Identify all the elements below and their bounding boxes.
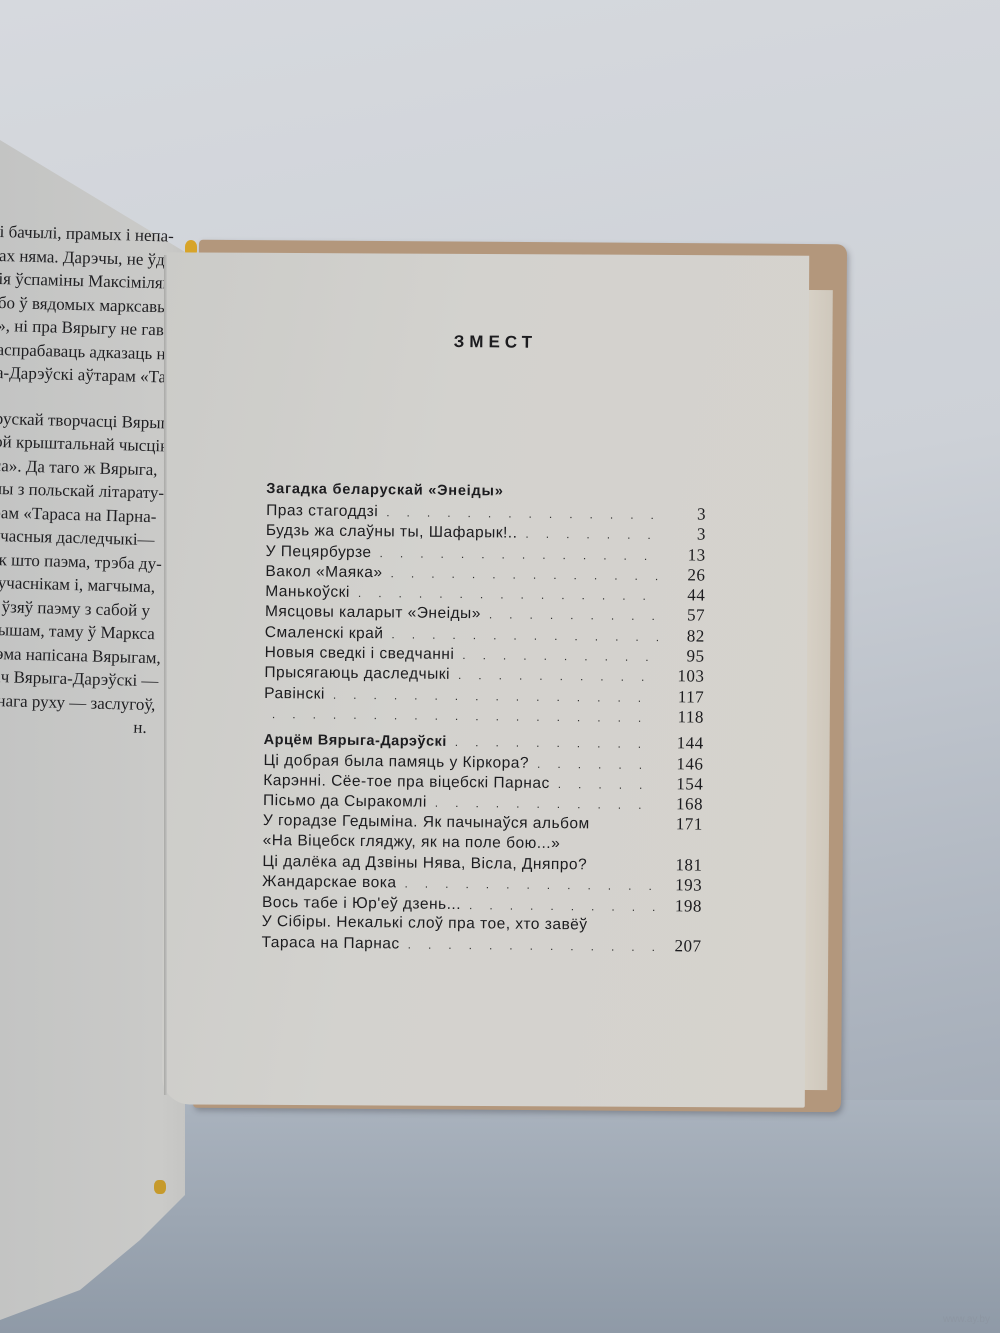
toc-entry-page: 198 xyxy=(664,896,702,917)
watermark: www.ay.by xyxy=(943,1314,990,1325)
dot-leader: .......................... xyxy=(558,774,658,795)
dot-leader: .......................... xyxy=(386,502,660,525)
dot-leader: .......................... xyxy=(537,753,658,775)
toc-entry-page: 168 xyxy=(665,794,703,815)
toc-entry-title: Праз стагоддзі xyxy=(266,501,378,522)
text-line: а-Дарэўскі аўтарам «Та- xyxy=(0,361,186,389)
dot-leader xyxy=(568,848,656,849)
toc-entry-title: Вакол «Маяка» xyxy=(265,562,382,584)
dot-leader: .......................... xyxy=(408,935,656,958)
toc-entry-page: 144 xyxy=(666,733,704,754)
toc-entry-page: 3 xyxy=(668,504,706,525)
toc-entry-page: 3 xyxy=(668,524,706,545)
toc-entry-page: 181 xyxy=(664,855,702,876)
book-gutter xyxy=(164,255,167,1095)
left-page-text: і бачылі, прамых і непа- ах няма. Дарэчы… xyxy=(0,220,190,740)
toc-entry: Тараса на Парнас .......................… xyxy=(261,932,701,957)
dot-leader: .......................... xyxy=(391,624,659,647)
dot-leader: .......................... xyxy=(525,524,660,546)
toc-entry-title: Прысягаюць даследчыкі xyxy=(264,663,450,685)
toc-entry-title: Мясцовы каларыт «Энеіды» xyxy=(265,602,481,625)
toc-entry-page: 13 xyxy=(668,545,706,566)
dot-leader: .......................... xyxy=(435,793,657,816)
toc-title: ЗМЕСТ xyxy=(283,330,708,354)
toc-entry-title: У Пецярбурзе xyxy=(266,542,372,563)
table-of-contents: ЗМЕСТ Загадка беларускай «Энеіды» Праз с… xyxy=(261,330,707,957)
spine-headband-bottom xyxy=(154,1180,166,1194)
toc-entry-page: 44 xyxy=(667,585,705,606)
toc-entry-page: 95 xyxy=(666,646,704,667)
toc-entry-page: 26 xyxy=(667,565,705,586)
dot-leader xyxy=(598,829,657,830)
text-line: йнага руху — заслугоў, xyxy=(0,688,178,716)
toc-entry-title: Пісьмо да Сыракомлі xyxy=(263,791,427,813)
toc-entry-page: 171 xyxy=(665,815,703,836)
dot-leader: .......................... xyxy=(272,704,658,728)
toc-entry-page: 118 xyxy=(666,707,704,728)
toc-entry-title: У Сібіры. Некалькі слоў пра тое, хто зав… xyxy=(262,912,588,936)
dot-leader: .......................... xyxy=(489,605,659,627)
dot-leader: .......................... xyxy=(458,665,659,687)
toc-section-heading: Загадка беларускай «Энеіды» xyxy=(266,478,706,505)
toc-entry-title: Смаленскі край xyxy=(265,623,384,645)
toc-entry-page: 146 xyxy=(665,754,703,775)
toc-entry-page: 103 xyxy=(666,667,704,688)
toc-entry-title: Жандарскае вока xyxy=(262,872,397,894)
dot-leader: .......................... xyxy=(390,563,659,586)
toc-entry-title: Манькоўскі xyxy=(265,582,350,603)
toc-entry-page: 82 xyxy=(667,626,705,647)
toc-entry-title: Равінскі xyxy=(264,684,325,705)
dot-leader: .......................... xyxy=(462,645,658,667)
dot-leader: .......................... xyxy=(455,732,658,754)
toc-entry-title: Ці добрая была памяць у Кіркора? xyxy=(263,751,529,774)
toc-entry-page: 154 xyxy=(665,774,703,795)
toc-entry-title: Тараса на Парнас xyxy=(261,933,399,955)
toc-section-heading: Арцём Вярыга-Дарэўскі xyxy=(264,730,447,752)
dot-leader xyxy=(595,870,656,871)
toc-entry-page: 207 xyxy=(663,936,701,957)
toc-entry-page: 117 xyxy=(666,687,704,708)
toc-entry-title: Новыя сведкі і сведчанні xyxy=(265,643,455,665)
toc-entry-title: Будзь жа слаўны ты, Шафарык!.. xyxy=(266,521,518,544)
toc-entry-page: 193 xyxy=(664,876,702,897)
toc-entry-page: 57 xyxy=(667,606,705,627)
dot-leader xyxy=(596,929,656,930)
toc-entry-title: «На Віцебск гляджу, як на поле бою...» xyxy=(263,831,561,854)
dot-leader: .......................... xyxy=(404,874,656,897)
